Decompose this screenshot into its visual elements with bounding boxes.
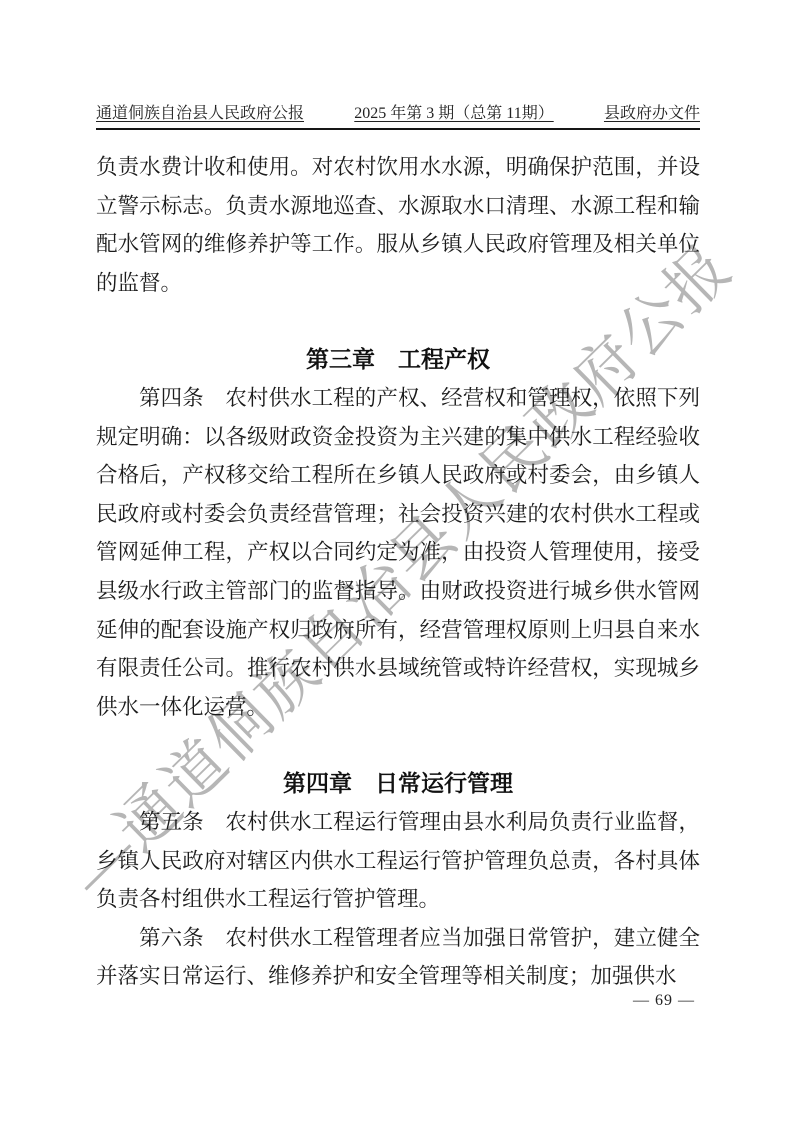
document-body: 负责水费计收和使用。对农村饮用水水源，明确保护范围，并设立警示标志。负责水源地巡… (96, 148, 700, 996)
page-content: 通道侗族自治县人民政府公报 2025 年第 3 期（总第 11期） 县政府办文件… (96, 100, 700, 996)
chapter-heading: 第三章 工程产权 (96, 340, 700, 379)
header-doc-category: 县政府办文件 (604, 100, 700, 123)
chapter-heading: 第四章 日常运行管理 (96, 764, 700, 803)
header-issue-info: 2025 年第 3 期（总第 11期） (354, 100, 553, 123)
header-gazette-title: 通道侗族自治县人民政府公报 (96, 100, 304, 123)
page-header: 通道侗族自治县人民政府公报 2025 年第 3 期（总第 11期） 县政府办文件 (96, 100, 700, 130)
gazette-page: —通道侗族自治县人民政府公报 通道侗族自治县人民政府公报 2025 年第 3 期… (0, 0, 793, 1122)
body-paragraph: 负责水费计收和使用。对农村饮用水水源，明确保护范围，并设立警示标志。负责水源地巡… (96, 148, 700, 302)
body-paragraph: 第六条 农村供水工程管理者应当加强日常管护，建立健全并落实日常运行、维修养护和安… (96, 919, 700, 996)
body-paragraph: 第四条 农村供水工程的产权、经营权和管理权，依照下列规定明确：以各级财政资金投资… (96, 379, 700, 726)
page-number: — 69 — (633, 992, 695, 1010)
body-paragraph: 第五条 农村供水工程运行管理由县水利局负责行业监督，乡镇人民政府对辖区内供水工程… (96, 803, 700, 919)
